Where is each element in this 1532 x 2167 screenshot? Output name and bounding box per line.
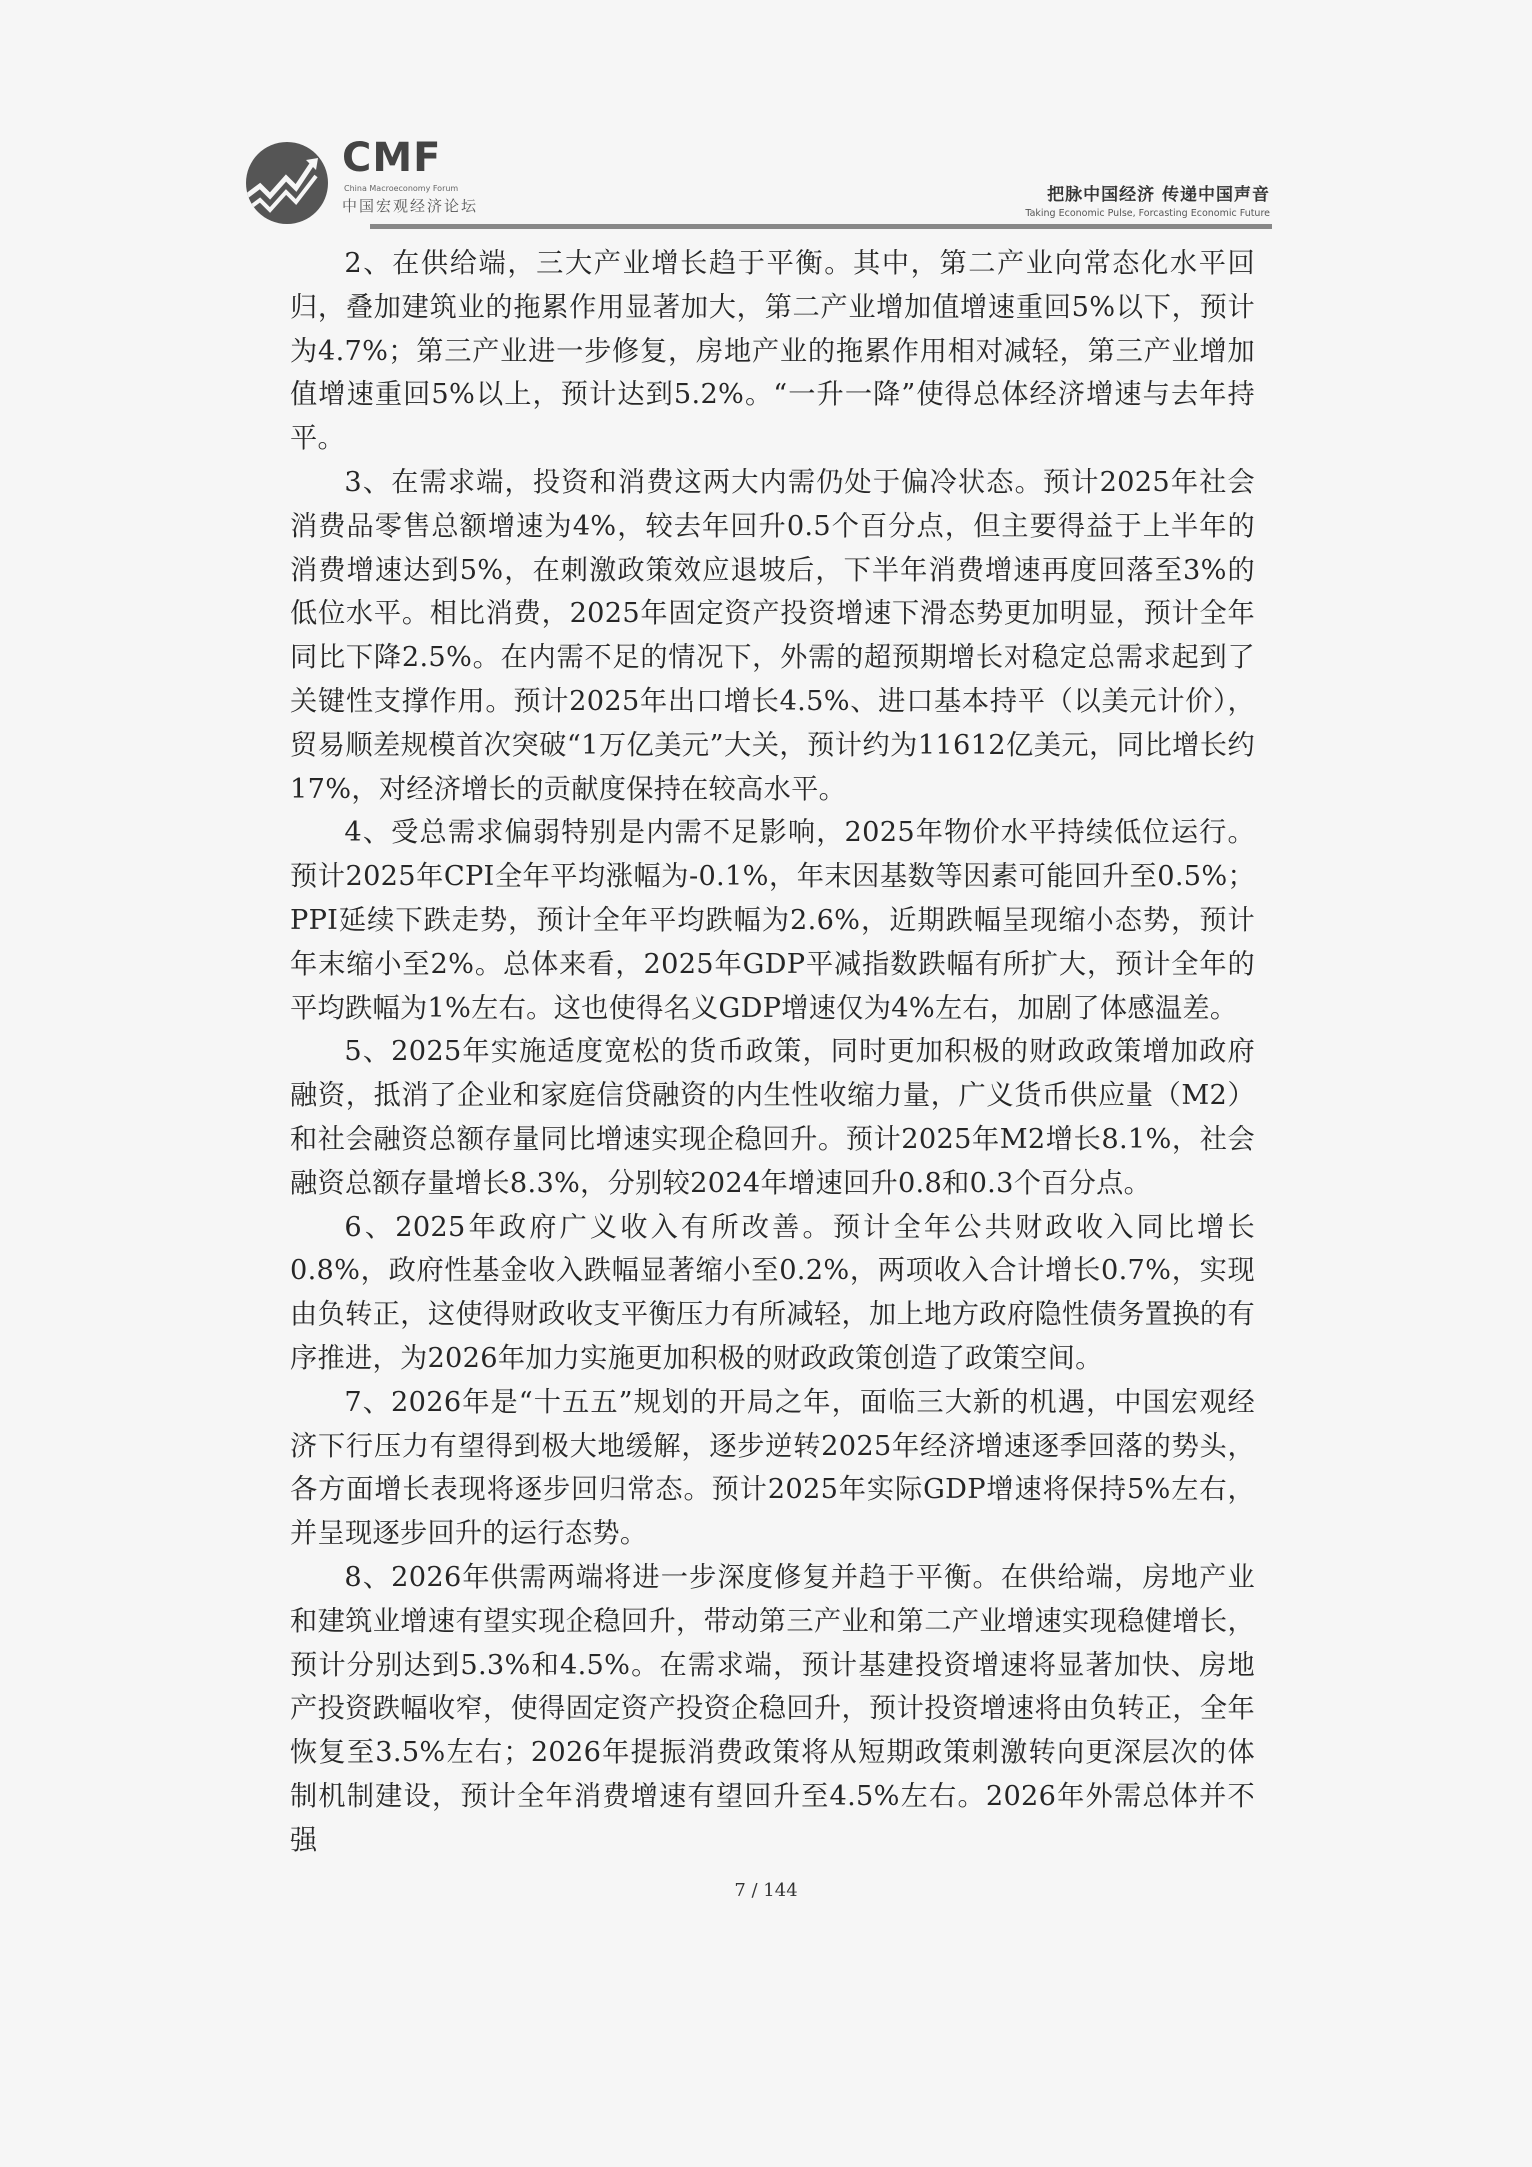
slogan-en: Taking Economic Pulse, Forcasting Econom… [1025,208,1270,220]
slogan-cn: 把脉中国经济 传递中国声音 [1047,184,1270,206]
chart-trend-logo-icon [246,142,328,224]
paragraph-5: 5、2025年实施适度宽松的货币政策，同时更加积极的财政政策增加政府融资，抵消了… [290,1030,1255,1205]
logo-subtitle-cn: 中国宏观经济论坛 [342,196,478,216]
paragraph-6: 6、2025年政府广义收入有所改善。预计全年公共财政收入同比增长0.8%，政府性… [290,1206,1255,1381]
paragraph-3: 3、在需求端，投资和消费这两大内需仍处于偏冷状态。预计2025年社会消费品零售总… [290,461,1255,811]
logo-wordmark: CMF [342,136,441,180]
paragraph-7: 7、2026年是“十五五”规划的开局之年，面临三大新的机遇，中国宏观经济下行压力… [290,1381,1255,1556]
paragraph-8: 8、2026年供需两端将进一步深度修复并趋于平衡。在供给端，房地产业和建筑业增速… [290,1556,1255,1863]
header-divider [370,224,1272,229]
paragraph-4: 4、受总需求偏弱特别是内需不足影响，2025年物价水平持续低位运行。预计2025… [290,811,1255,1030]
document-page: CMF China Macroeconomy Forum 中国宏观经济论坛 把脉… [0,0,1532,2167]
paragraph-2: 2、在供给端，三大产业增长趋于平衡。其中，第二产业向常态化水平回归，叠加建筑业的… [290,242,1255,461]
page-header: CMF China Macroeconomy Forum 中国宏观经济论坛 把脉… [240,132,1290,232]
logo-subtitle-en: China Macroeconomy Forum [344,184,458,194]
document-body: 2、在供给端，三大产业增长趋于平衡。其中，第二产业向常态化水平回归，叠加建筑业的… [290,242,1255,1862]
page-number: 7 / 144 [0,1880,1532,1901]
